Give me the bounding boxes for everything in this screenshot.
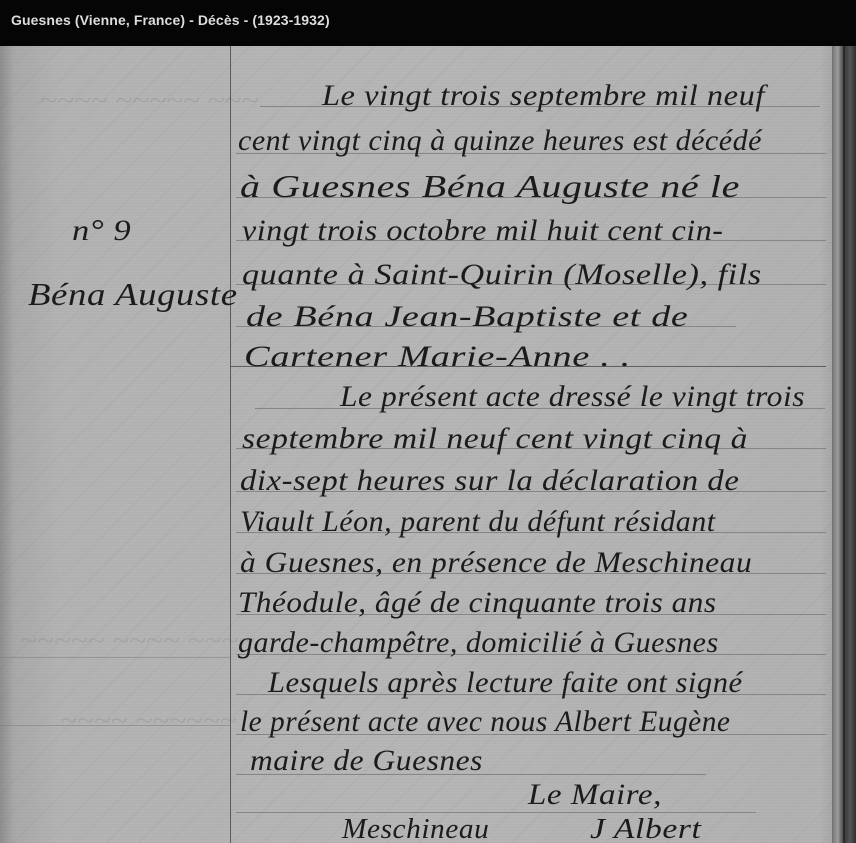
record-line: garde-champêtre, domicilié à Guesnes (238, 626, 719, 660)
record-line: dix-sept heures sur la déclaration de (240, 464, 739, 498)
closing-title: Le Maire, (528, 778, 662, 812)
record-line: maire de Guesnes (250, 744, 483, 778)
record-line: Viault Léon, parent du défunt résidant (240, 505, 716, 539)
record-line: de Béna Jean-Baptiste et de (246, 300, 688, 334)
record-line: vingt trois octobre mil huit cent cin- (242, 214, 724, 248)
record-line: Théodule, âgé de cinquante trois ans (238, 586, 717, 620)
margin-entry-number: n° 9 (72, 214, 131, 248)
record-line: quante à Saint-Quirin (Moselle), fils (242, 258, 762, 292)
bleed-through-text: ~~~~ ~~~~~~ (60, 706, 237, 736)
bleed-through-text: ~~~~ ~~~~~ ~~~ (40, 86, 258, 116)
page-border-line (843, 46, 845, 843)
record-line: à Guesnes Béna Auguste né le (240, 168, 740, 205)
image-viewer: Guesnes (Vienne, France) - Décès - (1923… (0, 0, 856, 843)
ruled-line (236, 812, 756, 813)
record-line: septembre mil neuf cent vingt cinq à (242, 422, 748, 456)
margin-line (230, 46, 231, 843)
bleed-through-text: ~~~~~ ~~~~ ~~~~ (20, 626, 255, 656)
margin-deceased-name: Béna Auguste (28, 276, 238, 313)
ruled-line (0, 657, 230, 658)
record-line: Cartener Marie-Anne . . (244, 340, 631, 374)
record-line: Lesquels après lecture faite ont signé (268, 666, 743, 700)
ruled-line (0, 725, 230, 726)
title-bar: Guesnes (Vienne, France) - Décès - (1923… (0, 0, 856, 46)
record-line: cent vingt cinq à quinze heures est décé… (238, 124, 762, 158)
witness-signature: Meschineau (342, 814, 489, 843)
window-title: Guesnes (Vienne, France) - Décès - (1923… (11, 12, 330, 28)
mayor-signature: J Albert (590, 814, 702, 843)
record-line: Le vingt trois septembre mil neuf (322, 79, 765, 113)
record-line: à Guesnes, en présence de Meschineau (240, 546, 752, 580)
record-line: Le présent acte dressé le vingt trois (340, 380, 805, 414)
record-line: le présent acte avec nous Albert Eugène (240, 705, 730, 739)
document-scan[interactable]: ~~~~ ~~~~~ ~~~ ~~~~~ ~~~~ ~~~~ ~~~~ ~~~~… (0, 46, 856, 843)
